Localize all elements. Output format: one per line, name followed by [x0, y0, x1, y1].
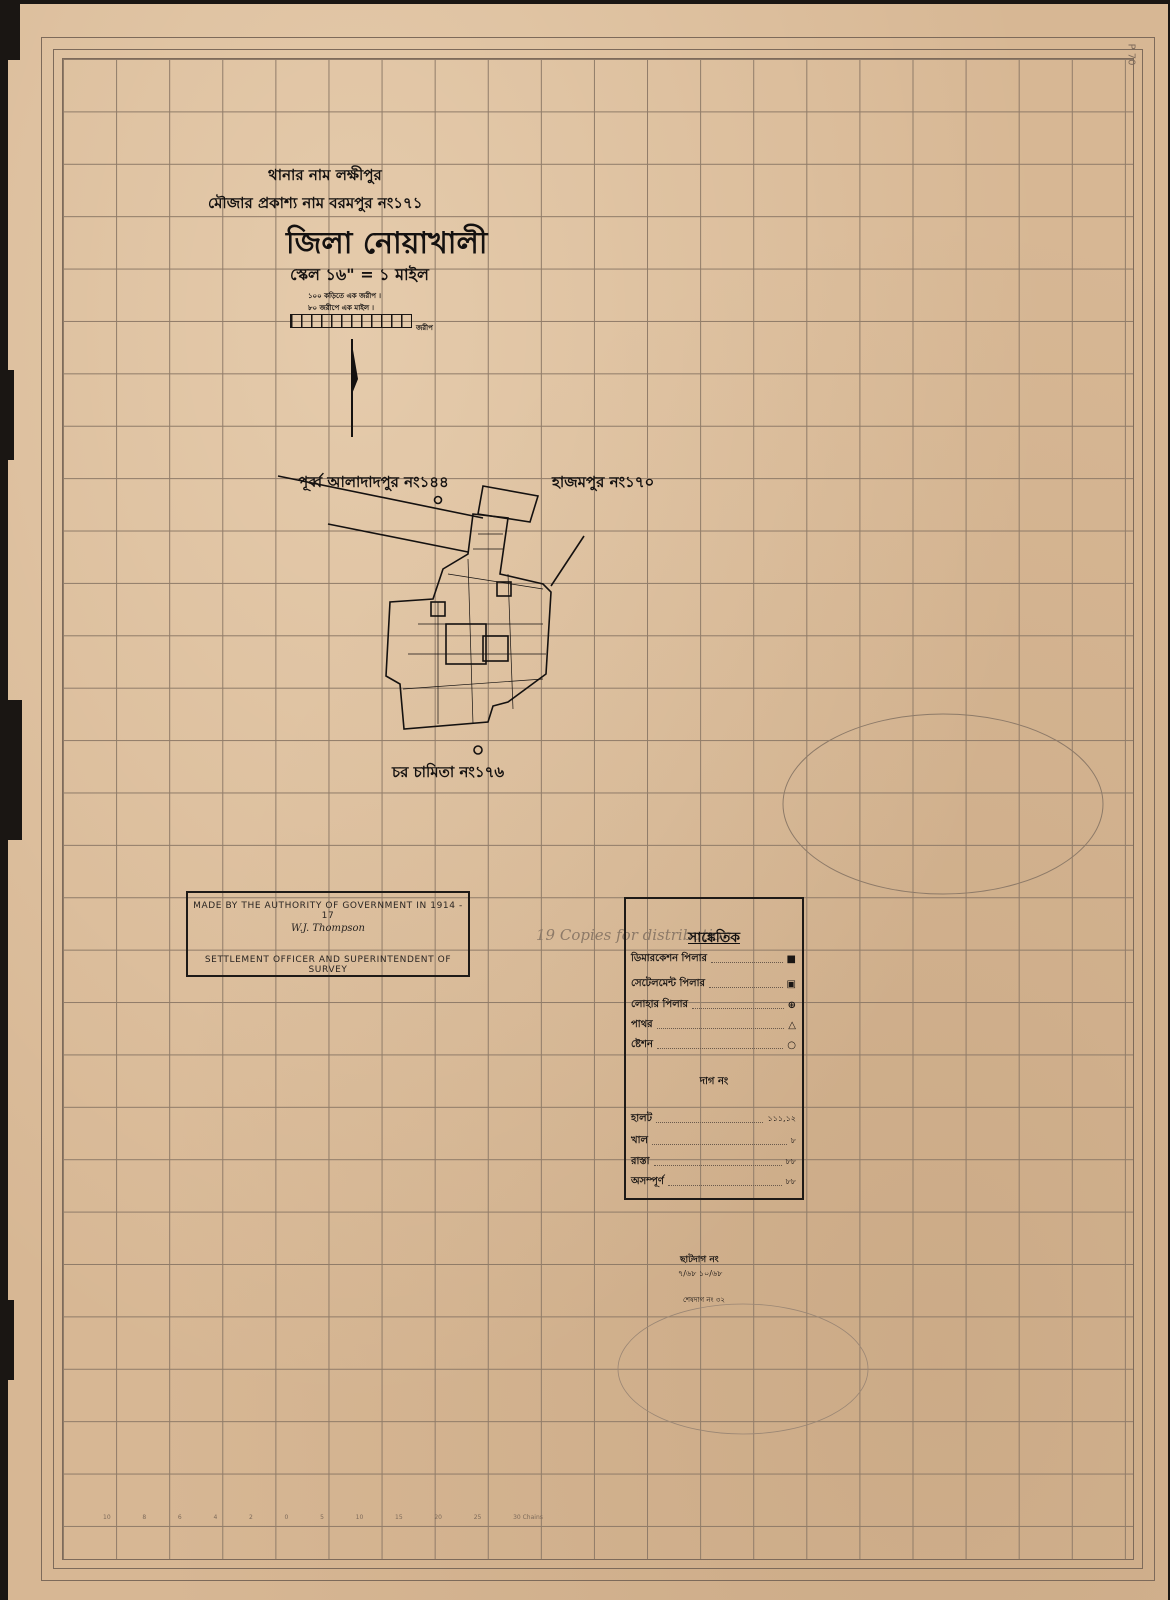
- circle-icon: ○: [787, 1040, 796, 1051]
- triangle-icon: △: [788, 1020, 796, 1031]
- legend-row-demarcation-pillar: ডিমারকেশন পিলার ■: [631, 951, 796, 968]
- legend-box: সাঙ্কেতিক ডিমারকেশন পিলার ■ সেটেলমেন্ট প…: [624, 897, 804, 1200]
- legend-row-road: রাস্তা ৮৮: [631, 1154, 796, 1171]
- legend-row-halot: হালট ১১১,১২: [631, 1111, 796, 1128]
- mouza-boundary-map: [268, 474, 608, 764]
- plot-number-heading: দাগ নং: [626, 1074, 802, 1091]
- legend-row-iron-pillar: লোহার পিলার ⊕: [631, 997, 796, 1014]
- legend-row-settlement-pillar: সেটেলমেন্ট পিলার ▣: [631, 976, 796, 993]
- map-sheet: P 70 থানার নাম লক্ষীপুর মৌজার প্রকাশ্য ন…: [8, 4, 1168, 1600]
- pencil-ellipse-mark: [778, 704, 1118, 904]
- torn-edge: [0, 0, 20, 60]
- chhut-dag-label: ছাটদাগ নং: [680, 1252, 719, 1267]
- mouza-name: মৌজার প্রকাশ্য নাম বরমপুর নং১৭১: [208, 192, 423, 217]
- chain-scale: 10 8 6 4 2 0 5 10 15 20 25 30 Chains: [103, 1514, 543, 1521]
- torn-edge: [0, 370, 14, 460]
- torn-edge: [0, 700, 22, 840]
- legend-row-station: ষ্টেশন ○: [631, 1037, 796, 1054]
- circled-cross-icon: ⊕: [788, 1000, 796, 1011]
- scale-unit: জরীপ: [416, 322, 433, 334]
- torn-edge: [0, 1300, 14, 1380]
- scale-bar: [290, 314, 412, 328]
- adjacent-mouza-south: চর চামিতা নং১৭৬: [392, 761, 504, 786]
- sheet-reference: P 70: [1125, 44, 1136, 66]
- legend-row-incomplete: অসম্পূর্ণ ৮৮: [631, 1174, 796, 1191]
- authority-text: MADE BY THE AUTHORITY OF GOVERNMENT IN 1…: [188, 901, 468, 921]
- pencil-ellipse-mark-2: [608, 1294, 878, 1444]
- north-arrow-icon: [342, 339, 362, 439]
- scale-note-1: ১০০ কড়িতে এক জরীপ ।: [308, 290, 381, 302]
- thana-name: থানার নাম লক্ষীপুর: [268, 164, 382, 189]
- boxed-square-icon: ▣: [787, 979, 796, 990]
- legend-row-stone: পাথর △: [631, 1017, 796, 1034]
- authority-box: MADE BY THE AUTHORITY OF GOVERNMENT IN 1…: [186, 891, 470, 977]
- legend-title: সাঙ্কেতিক: [626, 926, 802, 950]
- officer-title: SETTLEMENT OFFICER AND SUPERINTENDENT OF…: [188, 955, 468, 975]
- filled-square-icon: ■: [787, 954, 796, 965]
- chhut-dag-values: ৭/৬৮ ১০/৬৮: [678, 1268, 722, 1281]
- scale-note-2: ৮০ জরীপে এক মাইল ।: [308, 302, 374, 314]
- officer-signature: W.J. Thompson: [188, 923, 468, 934]
- legend-row-canal: খাল ৮: [631, 1133, 796, 1150]
- scale-label: স্কেল ১৬" = ১ মাইল: [290, 262, 429, 289]
